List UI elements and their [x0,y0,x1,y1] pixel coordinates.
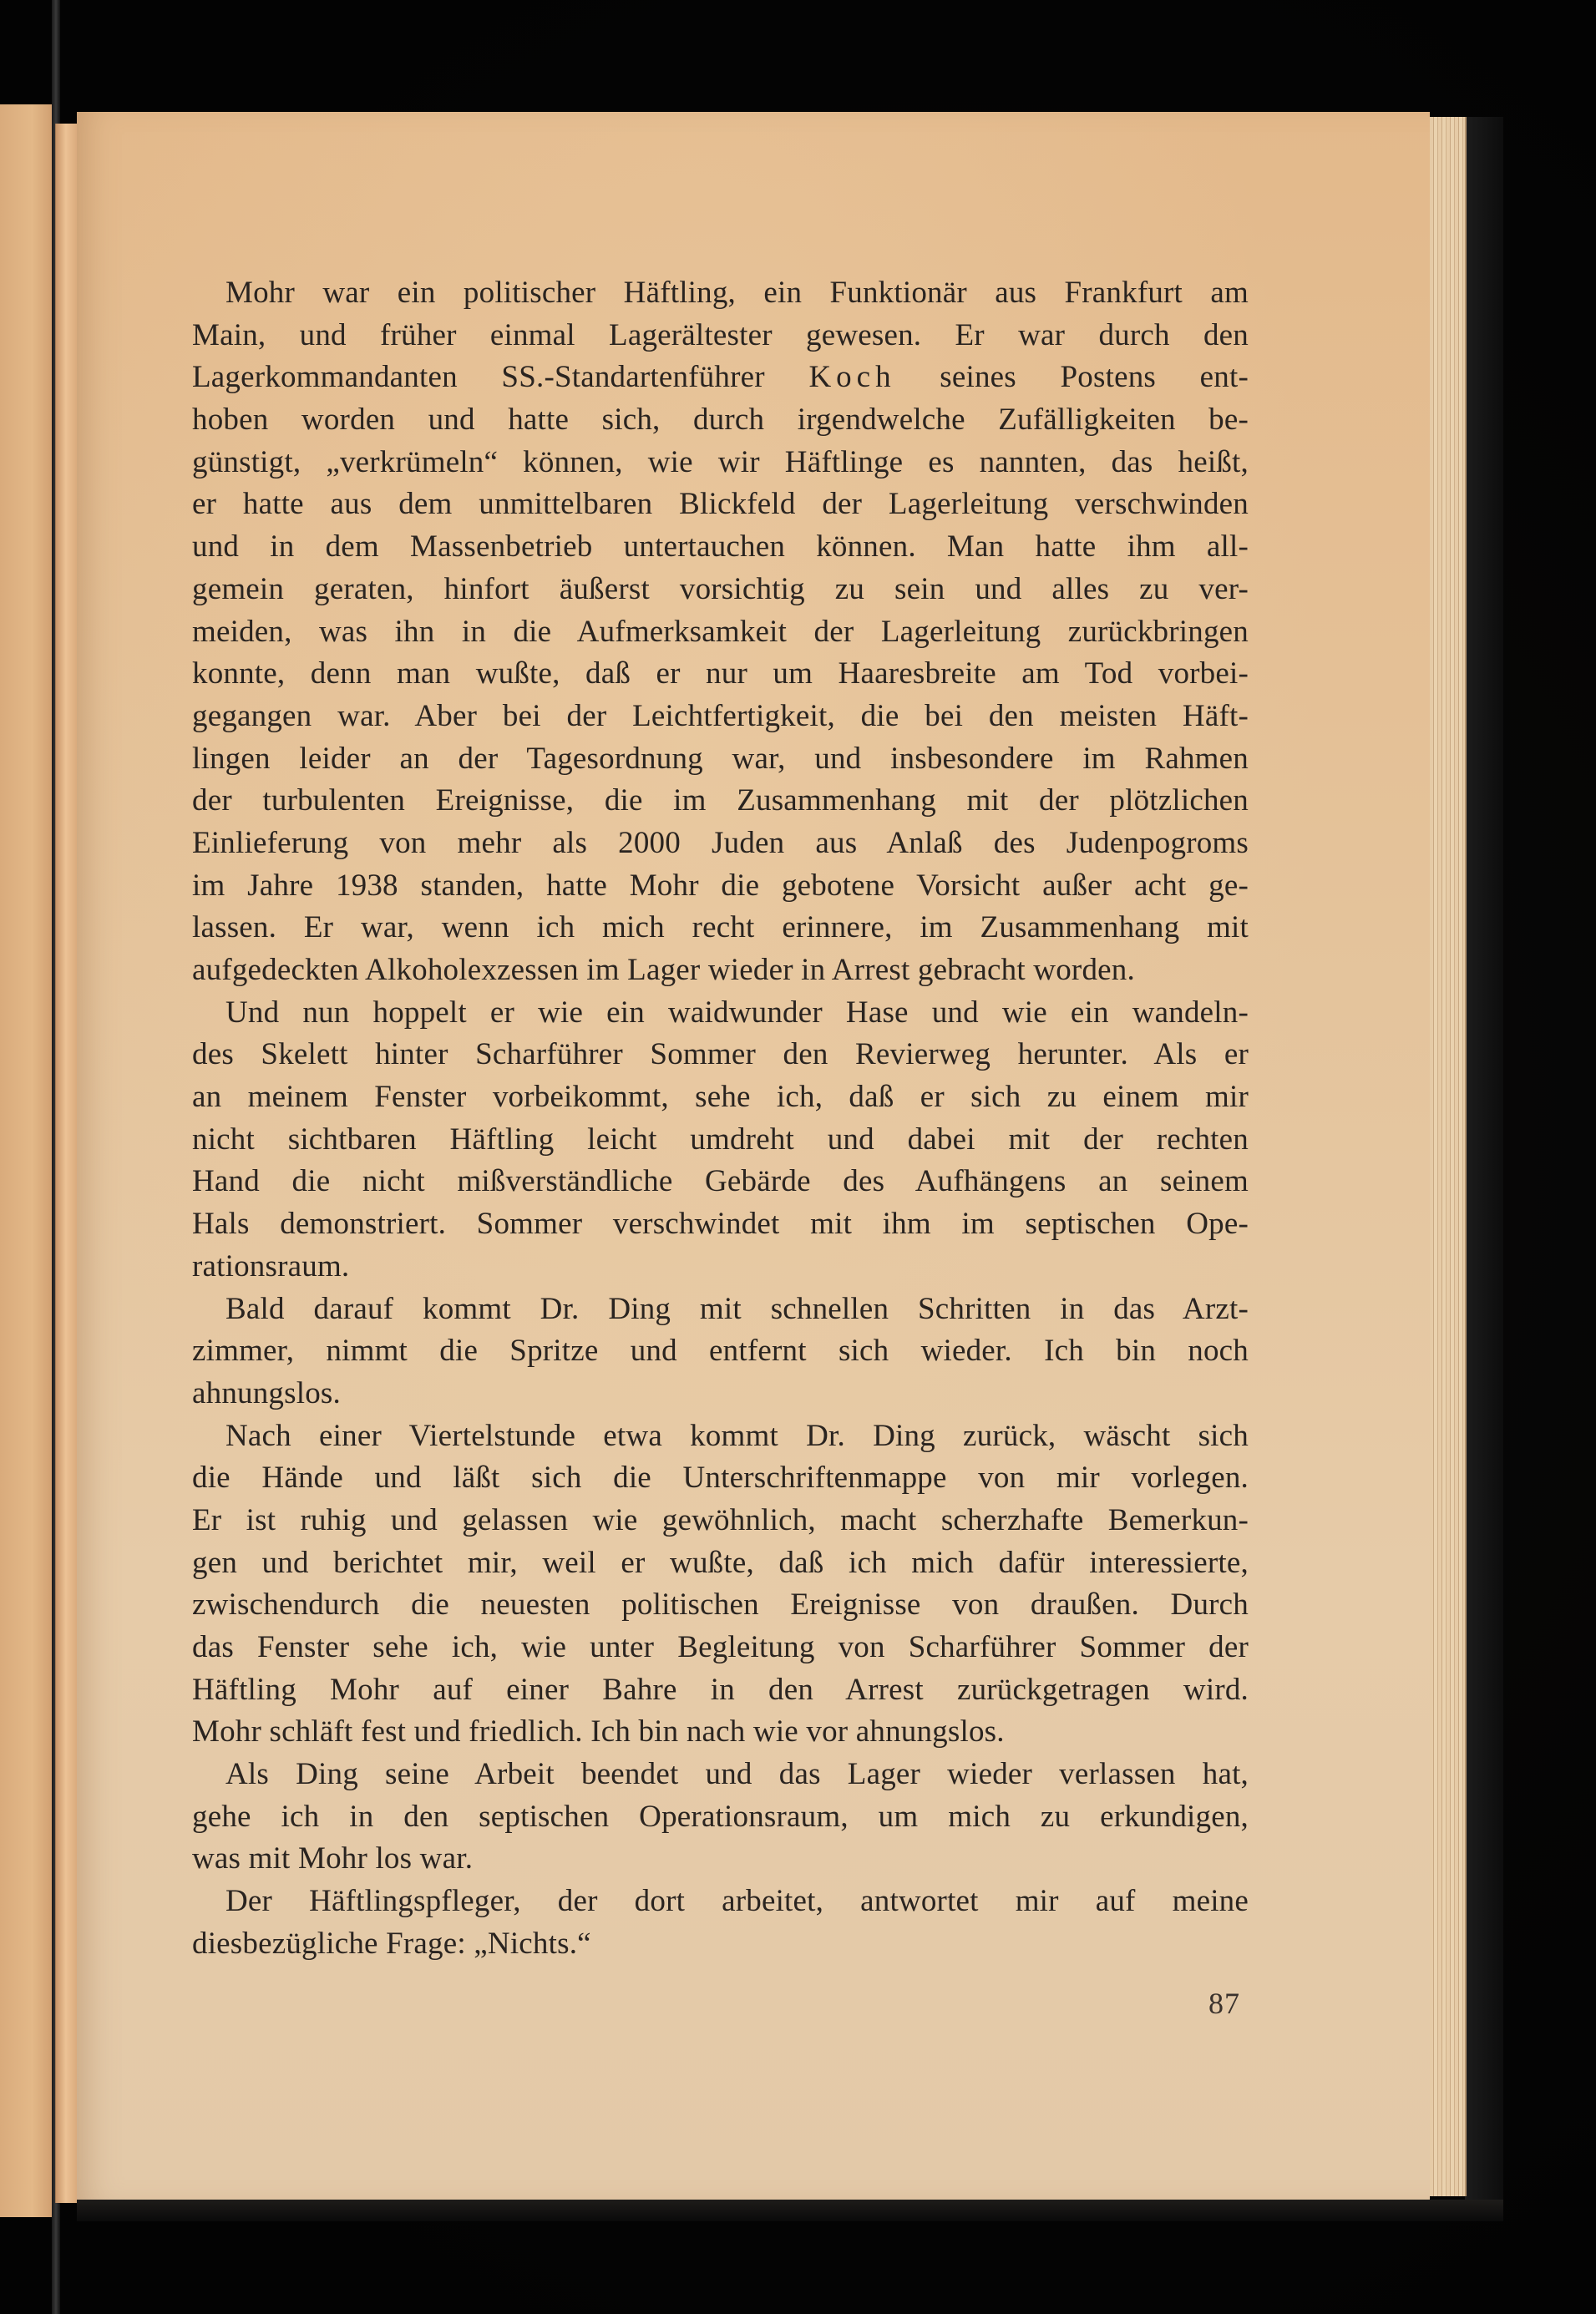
text-line: meiden, was ihn in die Aufmerksamkeit de… [192,611,1249,654]
text-line: Einlieferung von mehr als 2000 Juden aus… [192,823,1249,865]
text-line: gegangen war. Aber bei der Leichtfertigk… [192,696,1249,738]
text-line: rationsraum. [192,1246,1249,1289]
text-line: zwischendurch die neuesten politischen E… [192,1584,1249,1627]
text-line: gen und berichtet mir, weil er wußte, da… [192,1542,1249,1585]
text-line: hoben worden und hatte sich, durch irgen… [192,399,1249,442]
book-photo: Mohr war ein politischer Häftling, ein F… [0,0,1596,2314]
text-line: gehe ich in den septischen Operationsrau… [192,1796,1249,1839]
text-line: Mohr war ein politischer Häftling, ein F… [192,272,1249,315]
page-body-text: Mohr war ein politischer Häftling, ein F… [192,272,1249,1966]
text-line: gemein geraten, hinfort äußerst vorsicht… [192,569,1249,611]
text-line: die Hände und läßt sich die Unterschrift… [192,1457,1249,1500]
text-line: Häftling Mohr auf einer Bahre in den Arr… [192,1669,1249,1712]
text-line: nicht sichtbaren Häftling leicht umdreht… [192,1119,1249,1162]
text-line: Hand die nicht mißverständliche Gebärde … [192,1161,1249,1203]
text-line: ahnungslos. [192,1373,1249,1415]
text-line: Als Ding seine Arbeit beendet und das La… [192,1754,1249,1796]
text-line: Hals demonstriert. Sommer verschwindet m… [192,1203,1249,1246]
text-line: Lagerkommandanten SS.-Standartenführer K… [192,357,1249,399]
book-cover-bottom-edge [77,2200,1503,2221]
page-gutter [55,124,79,2203]
emphasized-name: Koch [808,360,895,394]
text-line: aufgedeckten Alkoholexzessen im Lager wi… [192,949,1249,992]
paragraph: Bald darauf kommt Dr. Ding mit schnellen… [192,1289,1249,1415]
text-line: er hatte aus dem unmittelbaren Blickfeld… [192,484,1249,526]
text-line: der turbulenten Ereignisse, die im Zusam… [192,780,1249,823]
text-line: Der Häftlingspfleger, der dort arbeitet,… [192,1881,1249,1923]
text-line: konnte, denn man wußte, daß er nur um Ha… [192,653,1249,696]
text-line: Main, und früher einmal Lagerältester ge… [192,315,1249,357]
text-line: an meinem Fenster vorbeikommt, sehe ich,… [192,1076,1249,1119]
left-facing-page-edge [0,104,54,2217]
paragraph: Der Häftlingspfleger, der dort arbeitet,… [192,1881,1249,1965]
stacked-page-edges [1430,117,1467,2196]
text-line: Bald darauf kommt Dr. Ding mit schnellen… [192,1289,1249,1331]
text-line: des Skelett hinter Scharführer Sommer de… [192,1034,1249,1076]
text-line: zimmer, nimmt die Spritze und entfernt s… [192,1330,1249,1373]
text-line: lingen leider an der Tagesordnung war, u… [192,738,1249,781]
text-line: Er ist ruhig und gelassen wie gewöhnlich… [192,1500,1249,1542]
page-number: 87 [1208,1986,1240,2021]
text-line: und in dem Massenbetrieb untertauchen kö… [192,526,1249,569]
text-line: Nach einer Viertelstunde etwa kommt Dr. … [192,1415,1249,1458]
text-line: Mohr schläft fest und friedlich. Ich bin… [192,1711,1249,1754]
text-line: diesbezügliche Frage: „Nichts.“ [192,1923,1249,1966]
text-line: günstigt, „verkrümeln“ können, wie wir H… [192,442,1249,484]
book-cover-right-edge [1465,117,1503,2221]
paragraph: Nach einer Viertelstunde etwa kommt Dr. … [192,1415,1249,1754]
text-line: Und nun hoppelt er wie ein waidwunder Ha… [192,992,1249,1035]
text-line: das Fenster sehe ich, wie unter Begleitu… [192,1627,1249,1669]
text-line: im Jahre 1938 standen, hatte Mohr die ge… [192,865,1249,908]
paragraph: Als Ding seine Arbeit beendet und das La… [192,1754,1249,1881]
text-line: was mit Mohr los war. [192,1838,1249,1881]
paragraph: Und nun hoppelt er wie ein waidwunder Ha… [192,992,1249,1289]
paragraph: Mohr war ein politischer Häftling, ein F… [192,272,1249,992]
text-line: lassen. Er war, wenn ich mich recht erin… [192,907,1249,949]
